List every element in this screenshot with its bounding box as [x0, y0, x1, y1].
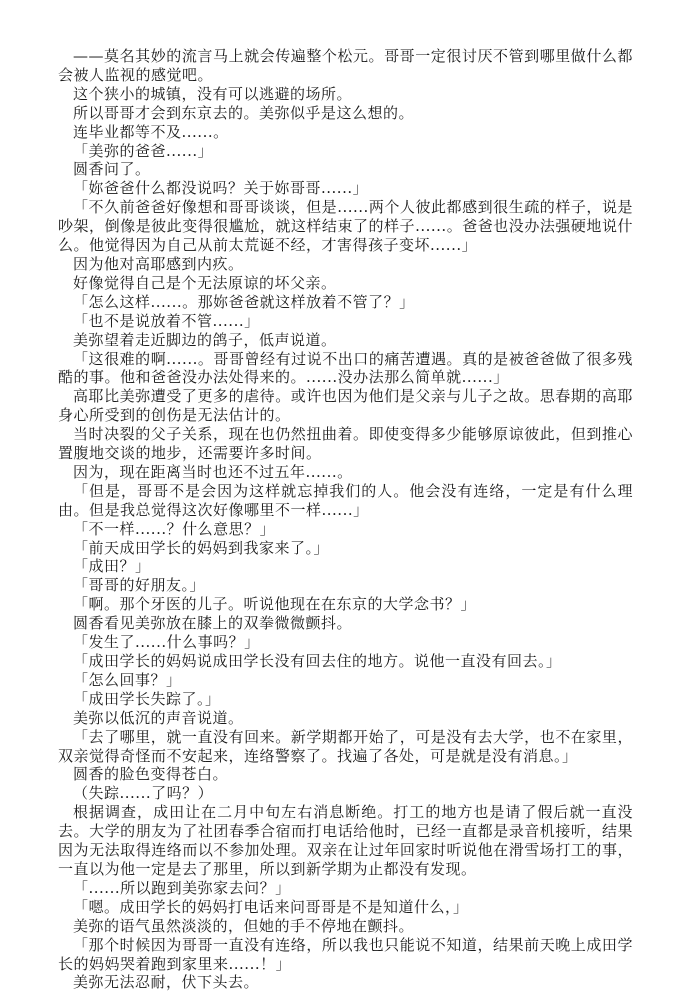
paragraph: 「这很难的啊......。哥哥曾经有过说不出口的痛苦遭遇。真的是被爸爸做了很多残…	[58, 350, 633, 388]
paragraph: 「啊。那个牙医的儿子。听说他现在在东京的大学念书？」	[58, 595, 633, 614]
paragraph: 「成田学长失踪了。」	[58, 690, 633, 709]
paragraph: 美弥以低沉的声音说道。	[58, 709, 633, 728]
paragraph: ——莫名其妙的流言马上就会传遍整个松元。哥哥一定很讨厌不管到哪里做什么都会被人监…	[58, 47, 633, 85]
paragraph: 美弥望着走近脚边的鸽子，低声说道。	[58, 331, 633, 350]
paragraph: 「去了哪里，就一直没有回来。新学期都开始了，可是没有去大学，也不在家里，双亲觉得…	[58, 728, 633, 766]
paragraph: 「怎么这样......。那妳爸爸就这样放着不管了？」	[58, 293, 633, 312]
paragraph: 圆香看见美弥放在膝上的双拳微微颤抖。	[58, 614, 633, 633]
paragraph: 「前天成田学长的妈妈到我家来了。」	[58, 539, 633, 558]
paragraph: 圆香问了。	[58, 160, 633, 179]
paragraph: 美弥无法忍耐，伏下头去。	[58, 973, 633, 992]
paragraph: 「怎么回事？」	[58, 671, 633, 690]
paragraph: 圆香的脸色变得苍白。	[58, 765, 633, 784]
paragraph: 「美弥的爸爸......」	[58, 142, 633, 161]
paragraph: 当时决裂的父子关系，现在也仍然扭曲着。即使变得多少能够原谅彼此，但到推心置腹地交…	[58, 425, 633, 463]
paragraph: 美弥的语气虽然淡淡的，但她的手不停地在颤抖。	[58, 917, 633, 936]
paragraph: 「那个时候因为哥哥一直没有连络，所以我也只能说不知道，结果前天晚上成田学长的妈妈…	[58, 936, 633, 974]
paragraph: 「也不是说放着不管......」	[58, 312, 633, 331]
paragraph: 「......所以跑到美弥家去问？」	[58, 879, 633, 898]
paragraph: 「成田学长的妈妈说成田学长没有回去住的地方。说他一直没有回去。」	[58, 652, 633, 671]
paragraph: 因为他对高耶感到内疚。	[58, 255, 633, 274]
paragraph: 这个狭小的城镇，没有可以逃避的场所。	[58, 85, 633, 104]
paragraph: 「不一样......？什么意思？」	[58, 520, 633, 539]
paragraph: 「哥哥的好朋友。」	[58, 576, 633, 595]
paragraph: 因为，现在距离当时也还不过五年......。	[58, 463, 633, 482]
paragraph: 「发生了......什么事吗？」	[58, 633, 633, 652]
paragraph: 「嗯。成田学长的妈妈打电话来问哥哥是不是知道什么，」	[58, 898, 633, 917]
paragraph: 「但是，哥哥不是会因为这样就忘掉我们的人。他会没有连络，一定是有什么理由。但是我…	[58, 482, 633, 520]
paragraph: 「成田？」	[58, 557, 633, 576]
paragraph: 所以哥哥才会到东京去的。美弥似乎是这么想的。	[58, 104, 633, 123]
document-page: ——莫名其妙的流言马上就会传遍整个松元。哥哥一定很讨厌不管到哪里做什么都会被人监…	[58, 47, 633, 992]
paragraph: （失踪......了吗？）	[58, 784, 633, 803]
paragraph: 连毕业都等不及......。	[58, 123, 633, 142]
paragraph: 根据调查，成田让在二月中旬左右消息断绝。打工的地方也是请了假后就一直没去。大学的…	[58, 803, 633, 879]
paragraph: 好像觉得自己是个无法原谅的坏父亲。	[58, 274, 633, 293]
paragraph: 「妳爸爸什么都没说吗？关于妳哥哥......」	[58, 179, 633, 198]
paragraph: 高耶比美弥遭受了更多的虐待。或许也因为他们是父亲与儿子之故。思春期的高耶身心所受…	[58, 387, 633, 425]
paragraph: 「不久前爸爸好像想和哥哥谈谈，但是......两个人彼此都感到很生疏的样子，说是…	[58, 198, 633, 255]
